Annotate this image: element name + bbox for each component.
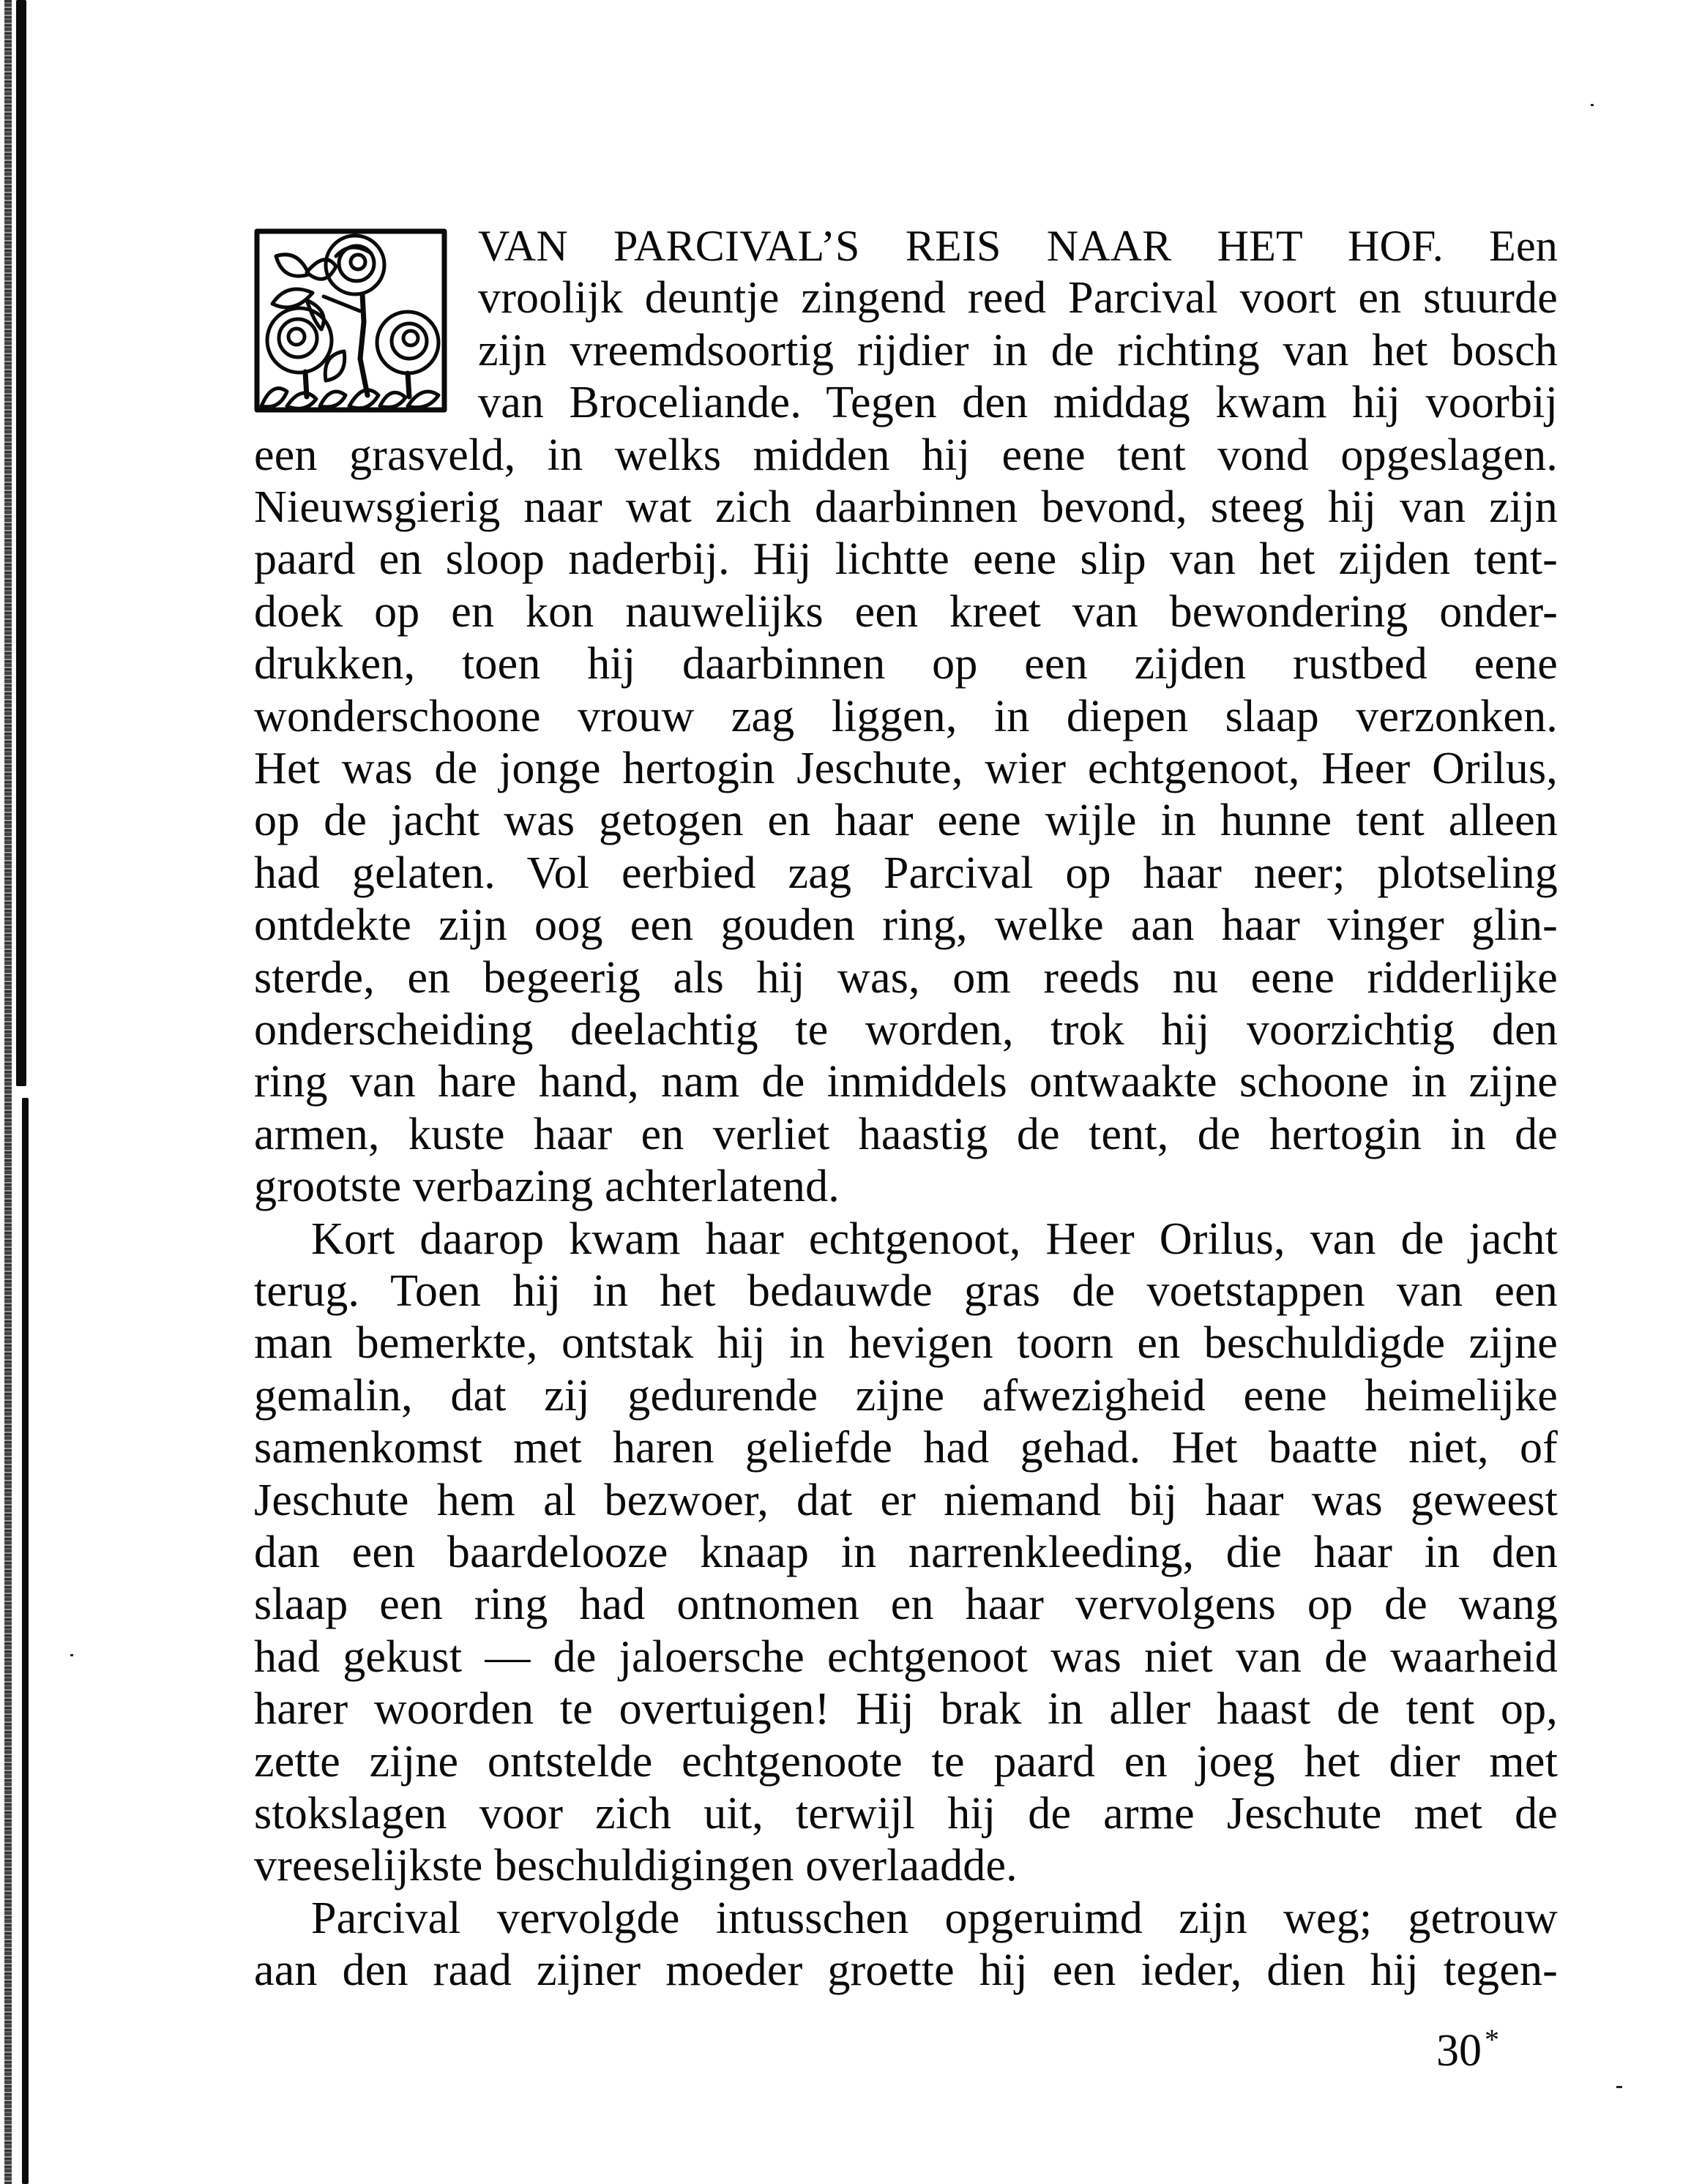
- text-line: paard en sloop naderbij. Hij lichtte een…: [254, 534, 1558, 586]
- page-number: 30*: [1436, 2014, 1499, 2076]
- binding-edge-dark-band: [16, 0, 26, 1086]
- text-line: gemalin, dat zij gedurende zijne afwezig…: [254, 1370, 1558, 1422]
- text-line: van Broceliande. Tegen den middag kwam h…: [478, 377, 1558, 429]
- text-line: Nieuwsgierig naar wat zich daarbinnen be…: [254, 482, 1558, 534]
- text-line: VAN PARCIVAL’S REIS NAAR HET HOF. Een: [478, 220, 1558, 272]
- text-line: sterde, en begeerig als hij was, om reed…: [254, 952, 1558, 1004]
- binding-edge-dark-band-lower: [22, 1098, 29, 2184]
- text-line: Jeschute hem al bezwoer, dat er niemand …: [254, 1475, 1558, 1527]
- text-line: Parcival vervolgde intusschen opgeruimd …: [311, 1893, 1558, 1945]
- text-line: aan den raad zijner moeder groette hij e…: [254, 1945, 1558, 1997]
- text-line: dan een baardelooze knaap in narrenkleed…: [254, 1527, 1558, 1579]
- text-line: ontdekte zijn oog een gouden ring, welke…: [254, 900, 1558, 951]
- text-line: drukken, toen hij daarbinnen op een zijd…: [254, 638, 1558, 690]
- text-line: terug. Toen hij in het bedauwde gras de …: [254, 1265, 1558, 1317]
- signature-mark: *: [1485, 2023, 1499, 2056]
- text-line: Het was de jonge hertogin Jeschute, wier…: [254, 743, 1558, 795]
- text-line: slaap een ring had ontnomen en haar verv…: [254, 1579, 1558, 1631]
- binding-edge-shadow: [4, 0, 12, 2184]
- text-line: had gelaten. Vol eerbied zag Parcival op…: [254, 848, 1558, 900]
- text-line: grootste verbazing achterlatend.: [254, 1161, 1558, 1213]
- text-line: wonderschoone vrouw zag liggen, in diepe…: [254, 691, 1558, 743]
- scan-speck: [70, 1654, 73, 1656]
- text-line: zijn vreemdsoortig rijdier in de richtin…: [478, 325, 1558, 377]
- scan-speck: [1616, 2086, 1622, 2088]
- text-line: had gekust — de jaloersche echtgenoot wa…: [254, 1631, 1558, 1683]
- text-line: op de jacht was getogen en haar eene wij…: [254, 795, 1558, 847]
- text-line: stokslagen voor zich uit, terwijl hij de…: [254, 1788, 1558, 1840]
- text-line: onderscheiding deelachtig te worden, tro…: [254, 1004, 1558, 1056]
- text-line: vroolijk deuntje zingend reed Parcival v…: [478, 272, 1558, 324]
- text-line: man bemerkte, ontstak hij in hevigen too…: [254, 1317, 1558, 1369]
- text-line: samenkomst met haren geliefde had gehad.…: [254, 1422, 1558, 1474]
- text-line: harer woorden te overtuigen! Hij brak in…: [254, 1683, 1558, 1735]
- text-line: doek op en kon nauwelijks een kreet van …: [254, 586, 1558, 638]
- text-line: ring van hare hand, nam de inmiddels ont…: [254, 1056, 1558, 1108]
- text-line: een grasveld, in welks midden hij eene t…: [254, 430, 1558, 482]
- page-number-value: 30: [1436, 2026, 1482, 2076]
- rose-ornament-icon: [254, 227, 448, 414]
- text-line: zette zijne ontstelde echtgenoote te paa…: [254, 1736, 1558, 1788]
- text-line: vreeselijkste beschuldigingen overlaadde…: [254, 1840, 1558, 1892]
- text-line: Kort daarop kwam haar echtgenoot, Heer O…: [311, 1213, 1558, 1265]
- text-line: armen, kuste haar en verliet haastig de …: [254, 1109, 1558, 1161]
- book-page: VAN PARCIVAL’S REIS NAAR HET HOF. Eenvro…: [0, 0, 1702, 2184]
- scan-speck: [1591, 104, 1594, 106]
